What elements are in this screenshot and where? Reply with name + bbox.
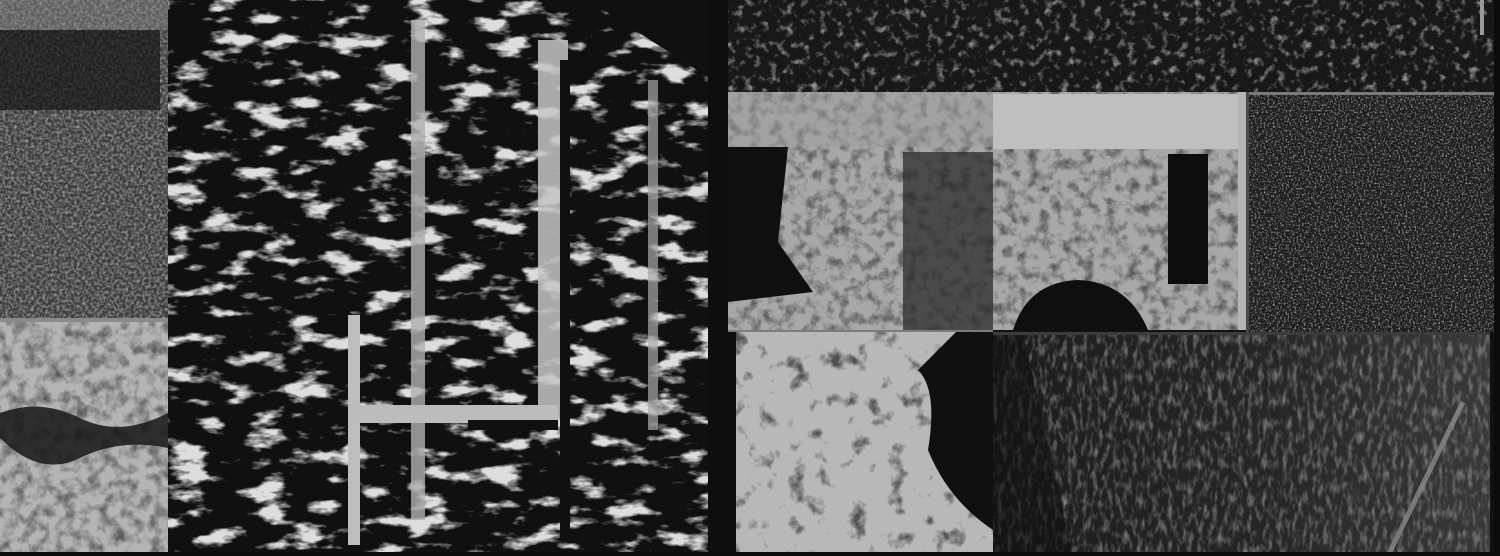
right-edge [1494, 0, 1500, 556]
panel-mid-bright [728, 92, 1246, 330]
panel-right-grain [1246, 92, 1500, 332]
panel-left-bottom [0, 318, 168, 556]
panel-center-window [168, 0, 728, 556]
panel-left-top [0, 0, 168, 318]
panel-bottom-dark [993, 332, 1500, 556]
panel-top-right-dark [728, 0, 1500, 92]
panel-bottom-bright [728, 330, 993, 556]
bottom-edge [0, 552, 1500, 556]
artwork-canvas [0, 0, 1500, 556]
